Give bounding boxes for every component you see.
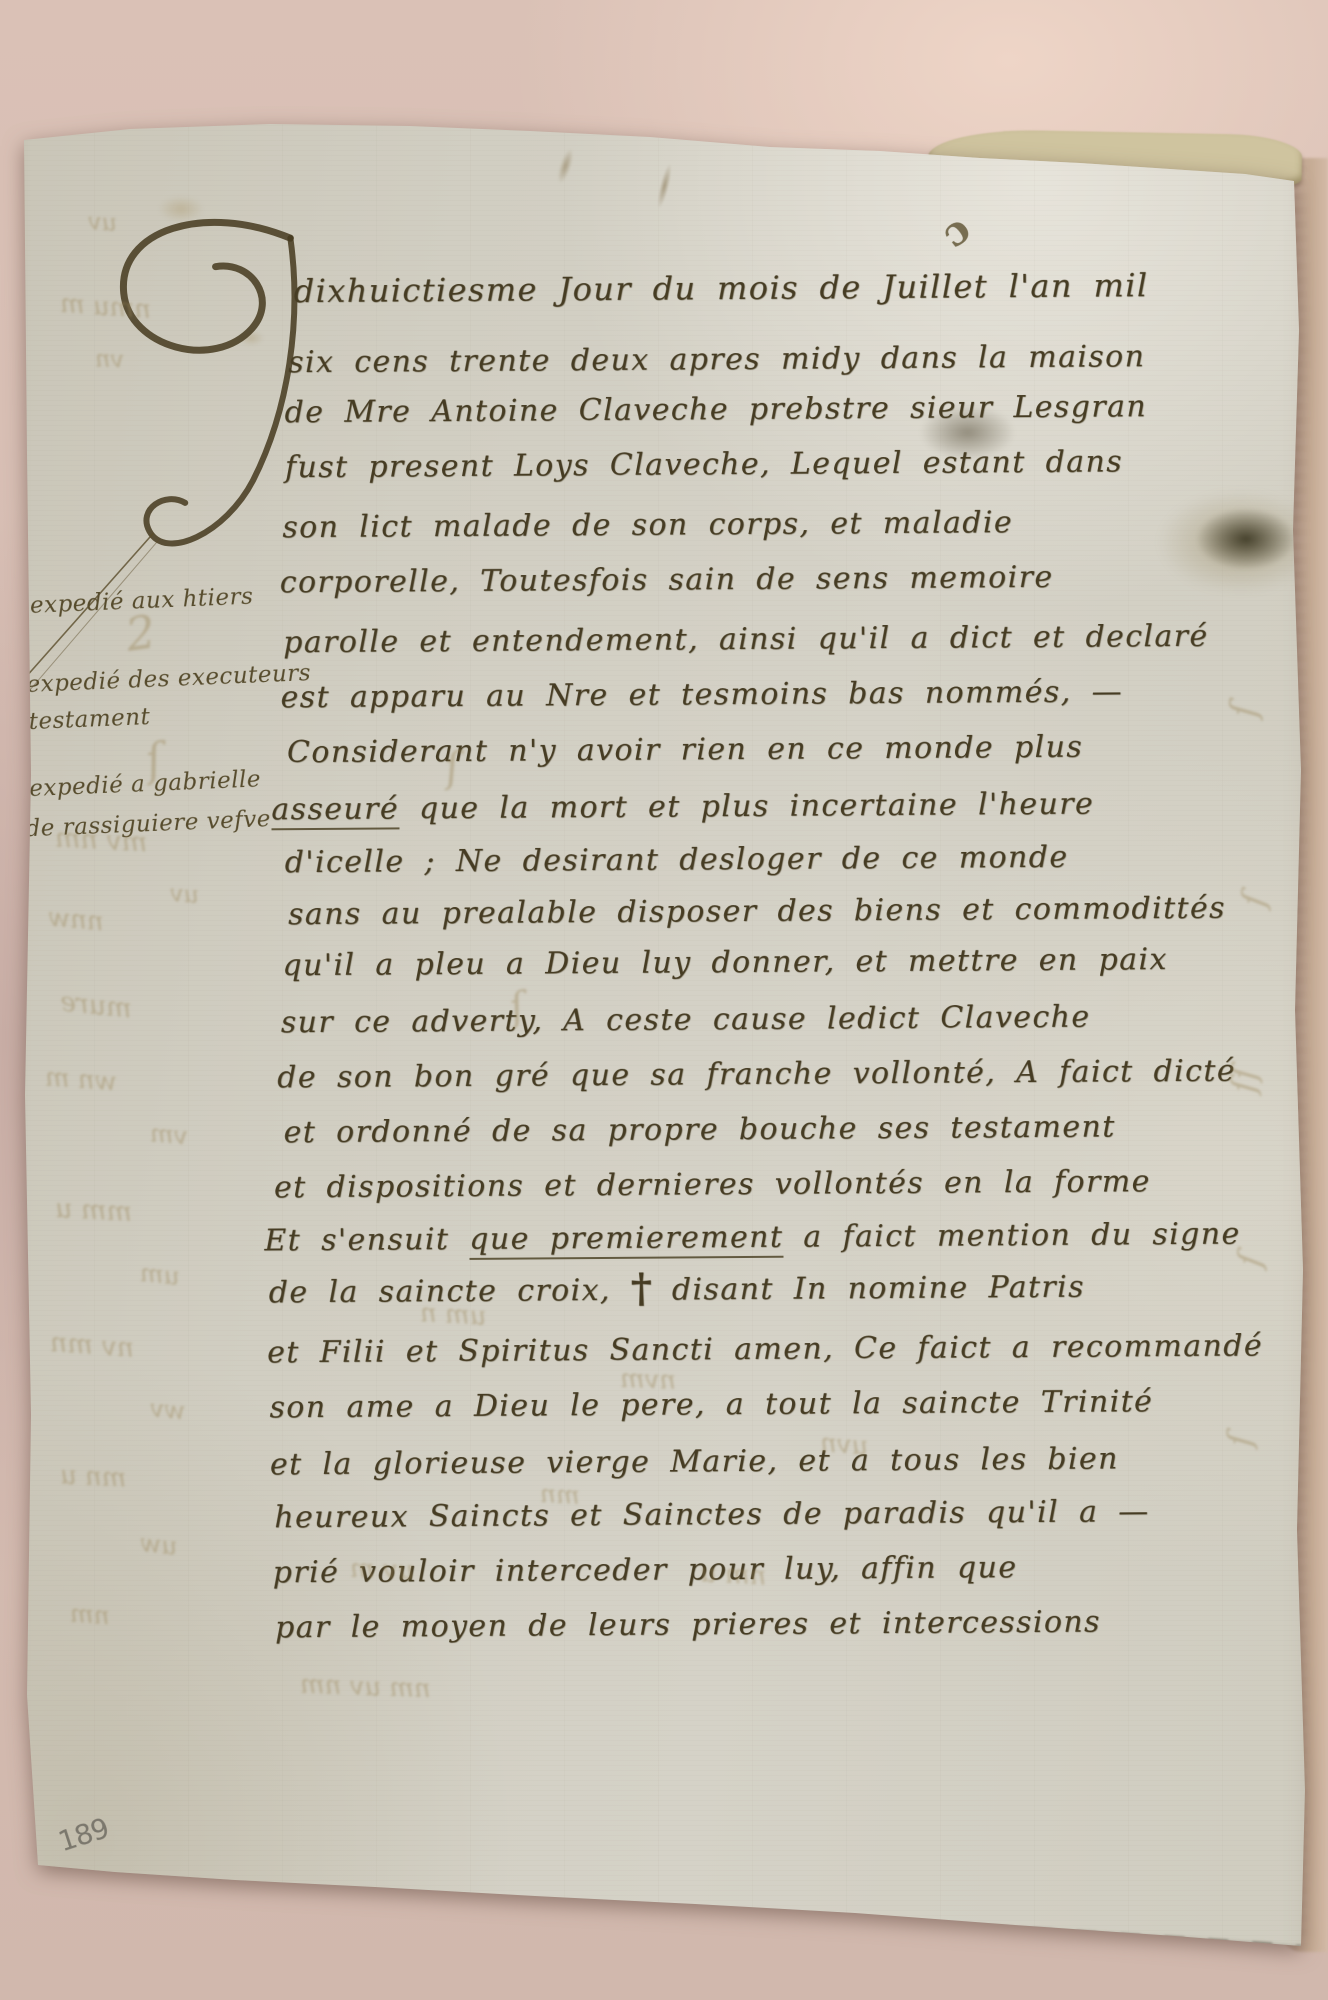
top-ink-curl-mark: ɔ <box>931 205 979 257</box>
manuscript-line: de son bon gré que sa franche vollonté, … <box>277 1054 1236 1096</box>
manuscript-line: Et s'ensuit que premierement a faict men… <box>264 1217 1240 1259</box>
manuscript-line: et Filii et Spiritus Sancti amen, Ce fai… <box>267 1328 1263 1370</box>
manuscript-line: et ordonné de sa propre bouche ses testa… <box>283 1109 1115 1150</box>
manuscript-line: son ame a Dieu le pere, a tout la sainct… <box>269 1384 1153 1425</box>
manuscript-line: par le moyen de leurs prieres et interce… <box>275 1605 1101 1646</box>
bleedthrough-ghost-writing: nv mn <box>49 1327 135 1364</box>
ink-smudge-halo <box>1158 490 1322 594</box>
margin-notes-block: expedié aux htiersexpedié des executeurs… <box>0 0 1322 4</box>
manuscript-line: son lict malade de son corps, et maladie <box>282 505 1013 545</box>
initial-flourish <box>0 200 359 733</box>
stain <box>238 330 264 346</box>
manuscript-line: Considerant n'y avoir rien en ce monde p… <box>287 730 1083 771</box>
bleedthrough-ghost-writing: vm <box>149 1118 189 1150</box>
margin-note: expedié a gabrielle <box>29 766 262 802</box>
bleedthrough-ghost-writing: mn u <box>59 1460 127 1493</box>
stain <box>920 405 1015 460</box>
paper-wrap: ɔ dixhuictiesme Jour du mois de Juillet … <box>0 0 1328 2000</box>
bleedthrough-ghost-writing: nvm <box>619 1364 676 1396</box>
bleedthrough-ghost-writing: ſ <box>1234 890 1276 909</box>
bleedthrough-ghost-writing: um <box>139 1258 182 1291</box>
bleedthrough-ghost-writing: ſ <box>443 744 463 791</box>
bleedthrough-ghost-writing: nm uv nm <box>300 1670 432 1705</box>
bleedthrough-ghost-writing: vn <box>95 345 125 374</box>
bleedthrough-ghost-writing: 2 <box>122 604 159 662</box>
stain <box>148 1926 168 1935</box>
manuscript-line: asseuré que la mort et plus incertaine l… <box>271 787 1094 828</box>
bleedthrough-ghost-writing: nm <box>69 1599 111 1631</box>
bleedthrough-ghost-writing: ſ <box>142 734 167 787</box>
bleedthrough-ghost-writing: ſ <box>1230 1250 1272 1269</box>
bleedthrough-ghost-writing: mure <box>59 986 134 1024</box>
bleedthrough-ghost-writing: uv m <box>349 1554 414 1586</box>
bleedthrough-ghost-writing: uvn <box>819 1428 869 1461</box>
margin-note: expedié aux htiers <box>29 584 253 619</box>
bleedthrough-ghost-writing: uv <box>87 207 117 236</box>
bleedthrough-ghost-writing: ſ <box>506 984 529 1030</box>
margin-note: testament <box>28 704 151 735</box>
bleedthrough-ghost-writing: ſſ <box>1224 1066 1266 1095</box>
ink-smudge <box>1196 508 1296 570</box>
manuscript-line: six cens trente deux apres midy dans la … <box>288 339 1145 380</box>
bleedthrough-ghost-writing: wv <box>149 1394 187 1426</box>
main-text-block: dixhuictiesme Jour du mois de Juillet l'… <box>0 0 1322 4</box>
manuscript-line: de la saincte croix, † disant In nomine … <box>269 1270 1085 1311</box>
margin-note: de rassiguiere vefve <box>25 806 271 842</box>
ink-fleck <box>655 163 675 210</box>
folio-number-pencil: 189 <box>54 1811 112 1858</box>
bleedthrough-ghost-writing: mm u <box>54 1193 133 1228</box>
manuscript-line: d'icelle ; Ne desirant desloger de ce mo… <box>285 840 1069 880</box>
bleedthrough-ghost-writing: mv nm <box>54 823 148 859</box>
bleedthrough-ghost-writing: ſ <box>1224 702 1266 719</box>
manuscript-line: corporelle, Toutesfois sain de sens memo… <box>280 560 1054 600</box>
margin-note: expedié des executeurs <box>26 660 312 698</box>
bleedthrough-ghost-writing: wn m <box>44 1063 118 1098</box>
bleedthrough-ghost-writing: uv <box>169 879 200 909</box>
manuscript-line: sans au prealable disposer des biens et … <box>288 891 1226 933</box>
manuscript-paper: ɔ dixhuictiesme Jour du mois de Juillet … <box>0 0 1328 2000</box>
bleedthrough-ghost-writing: uw <box>139 1528 179 1561</box>
text-layer: ɔ dixhuictiesme Jour du mois de Juillet … <box>0 0 1328 2000</box>
manuscript-line: et dispositions et dernieres vollontés e… <box>274 1164 1151 1205</box>
manuscript-line: qu'il a pleu a Dieu luy donner, et mettr… <box>282 942 1168 983</box>
manuscript-line: dixhuictiesme Jour du mois de Juillet l'… <box>294 266 1149 310</box>
holy-cross-glyph: † <box>631 1264 653 1312</box>
ink-fleck <box>555 147 577 185</box>
manuscript-line: fust present Loys Claveche, Lequel estan… <box>285 444 1123 485</box>
bleedthrough-ghost-writing: nmu m <box>59 289 152 325</box>
bottom-edge-dirt <box>22 1872 1313 1951</box>
manuscript-line: et la glorieuse vierge Marie, et a tous … <box>270 1441 1119 1482</box>
bleedthrough-ghost-writing: um n <box>419 1298 487 1331</box>
bleedthrough-ghost-writing: nnw <box>47 903 105 938</box>
bleedthrough-ghost-writing: nm u <box>699 1558 767 1591</box>
manuscript-line: sur ce adverty, A ceste cause ledict Cla… <box>281 1000 1091 1041</box>
manuscript-line: de Mre Antoine Claveche prebstre sieur L… <box>284 389 1147 430</box>
bleedthrough-ghost-writing: mn <box>539 1479 580 1510</box>
manuscript-line: parolle et entendement, ainsi qu'il a di… <box>283 619 1209 660</box>
bleedthrough-ghost-writing: ſ <box>1220 1432 1261 1448</box>
manuscript-line: prié vouloir interceder pour luy, affin … <box>273 1550 1018 1590</box>
stain <box>158 196 204 222</box>
manuscript-photo: ɔ dixhuictiesme Jour du mois de Juillet … <box>0 0 1328 2000</box>
manuscript-line: heureux Saincts et Sainctes de paradis q… <box>274 1494 1150 1535</box>
manuscript-line: est apparu au Nre et tesmoins bas nommés… <box>280 674 1123 715</box>
